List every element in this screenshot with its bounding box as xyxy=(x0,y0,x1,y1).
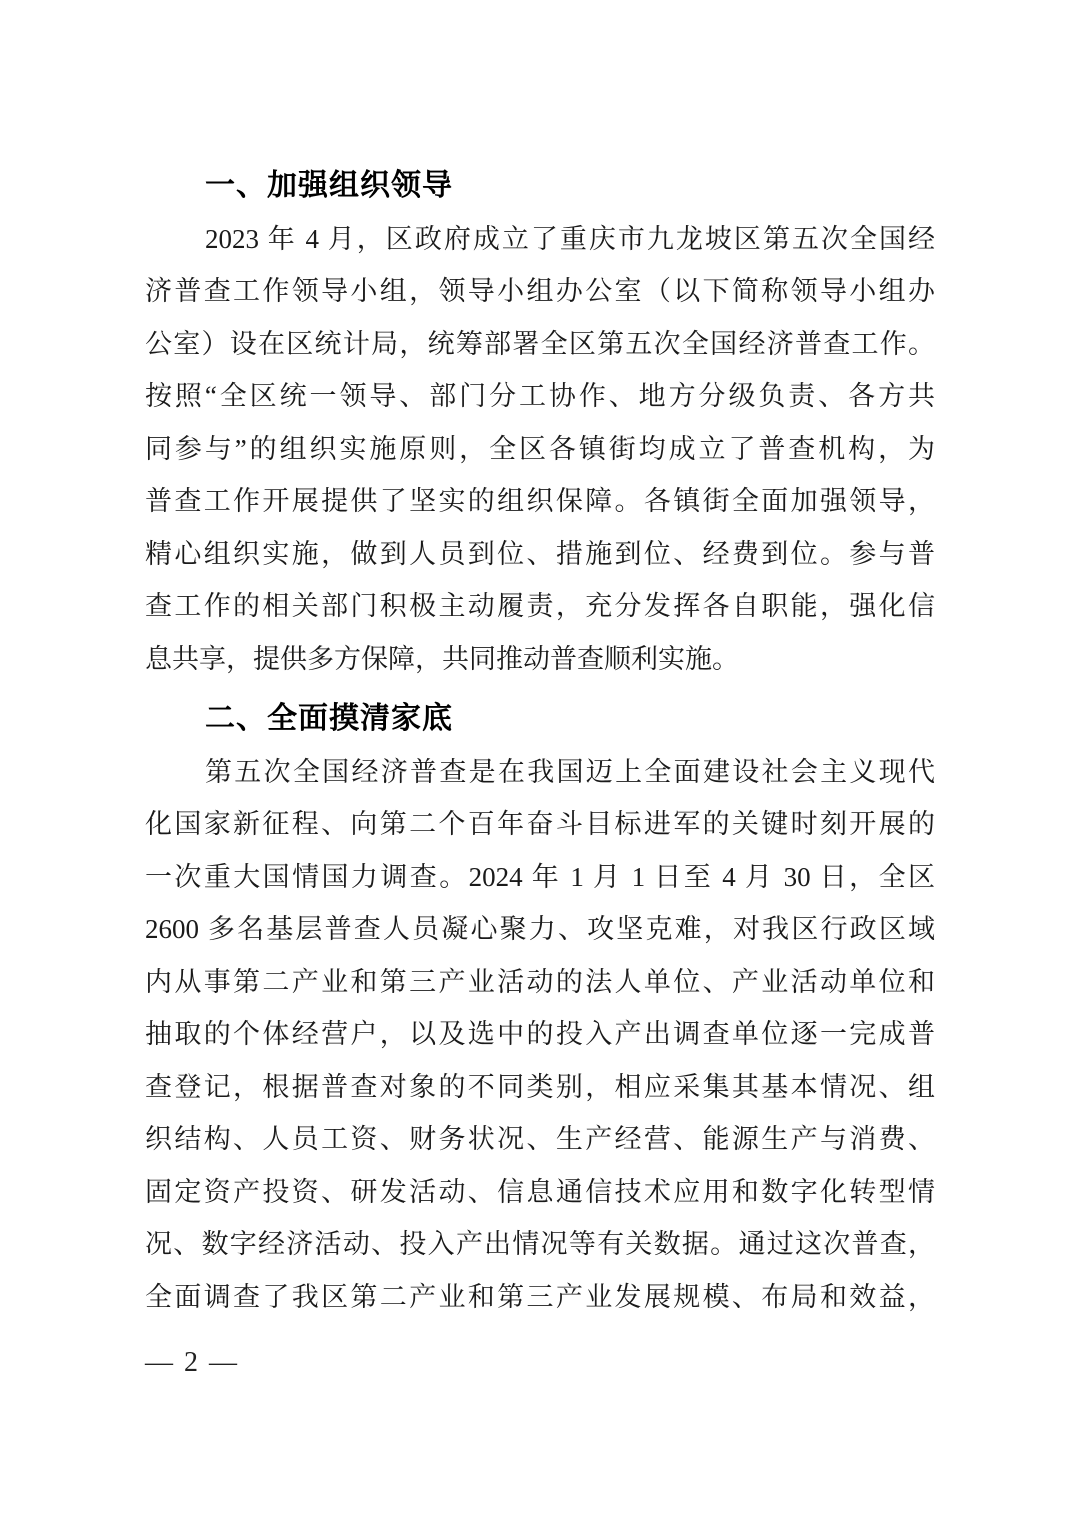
paragraph-line: 按照“全区统一领导、部门分工协作、地方分级负责、各方共 xyxy=(145,370,935,423)
paragraph-line: 公室）设在区统计局，统筹部署全区第五次全国经济普查工作。 xyxy=(145,318,935,371)
paragraph-line: 2600 多名基层普查人员凝心聚力、攻坚克难，对我区行政区域 xyxy=(145,903,935,956)
paragraph-line: 2023 年 4 月，区政府成立了重庆市九龙坡区第五次全国经 xyxy=(145,213,935,266)
paragraph-line: 化国家新征程、向第二个百年奋斗目标进军的关键时刻开展的 xyxy=(145,798,935,851)
paragraph-line: 同参与”的组织实施原则，全区各镇街均成立了普查机构，为 xyxy=(145,423,935,476)
paragraph-2: 第五次全国经济普查是在我国迈上全面建设社会主义现代 化国家新征程、向第二个百年奋… xyxy=(145,746,935,1324)
paragraph-line: 全面调查了我区第二产业和第三产业发展规模、布局和效益， xyxy=(145,1271,935,1324)
section-heading-1: 一、加强组织领导 xyxy=(145,160,935,213)
paragraph-line: 精心组织实施，做到人员到位、措施到位、经费到位。参与普 xyxy=(145,528,935,581)
paragraph-line: 抽取的个体经营户，以及选中的投入产出调查单位逐一完成普 xyxy=(145,1008,935,1061)
document-page: 一、加强组织领导 2023 年 4 月，区政府成立了重庆市九龙坡区第五次全国经 … xyxy=(0,0,1074,1520)
paragraph-line: 第五次全国经济普查是在我国迈上全面建设社会主义现代 xyxy=(145,746,935,799)
paragraph-line: 织结构、人员工资、财务状况、生产经营、能源生产与消费、 xyxy=(145,1113,935,1166)
paragraph-line: 济普查工作领导小组，领导小组办公室（以下简称领导小组办 xyxy=(145,265,935,318)
document-body: 一、加强组织领导 2023 年 4 月，区政府成立了重庆市九龙坡区第五次全国经 … xyxy=(145,0,935,1323)
paragraph-line: 固定资产投资、研发活动、信息通信技术应用和数字化转型情 xyxy=(145,1166,935,1219)
paragraph-line: 查工作的相关部门积极主动履责，充分发挥各自职能，强化信 xyxy=(145,580,935,633)
paragraph-line: 况、数字经济活动、投入产出情况等有关数据。通过这次普查， xyxy=(145,1218,935,1271)
section-heading-2: 二、全面摸清家底 xyxy=(145,693,935,746)
page-number-footer: — 2 — xyxy=(145,1346,239,1380)
paragraph-line: 一次重大国情国力调查。2024 年 1 月 1 日至 4 月 30 日，全区 xyxy=(145,851,935,904)
paragraph-line: 息共享，提供多方保障，共同推动普查顺利实施。 xyxy=(145,633,935,686)
paragraph-line: 查登记，根据普查对象的不同类别，相应采集其基本情况、组 xyxy=(145,1061,935,1114)
paragraph-line: 内从事第二产业和第三产业活动的法人单位、产业活动单位和 xyxy=(145,956,935,1009)
paragraph-line: 普查工作开展提供了坚实的组织保障。各镇街全面加强领导， xyxy=(145,475,935,528)
paragraph-1: 2023 年 4 月，区政府成立了重庆市九龙坡区第五次全国经 济普查工作领导小组… xyxy=(145,213,935,686)
